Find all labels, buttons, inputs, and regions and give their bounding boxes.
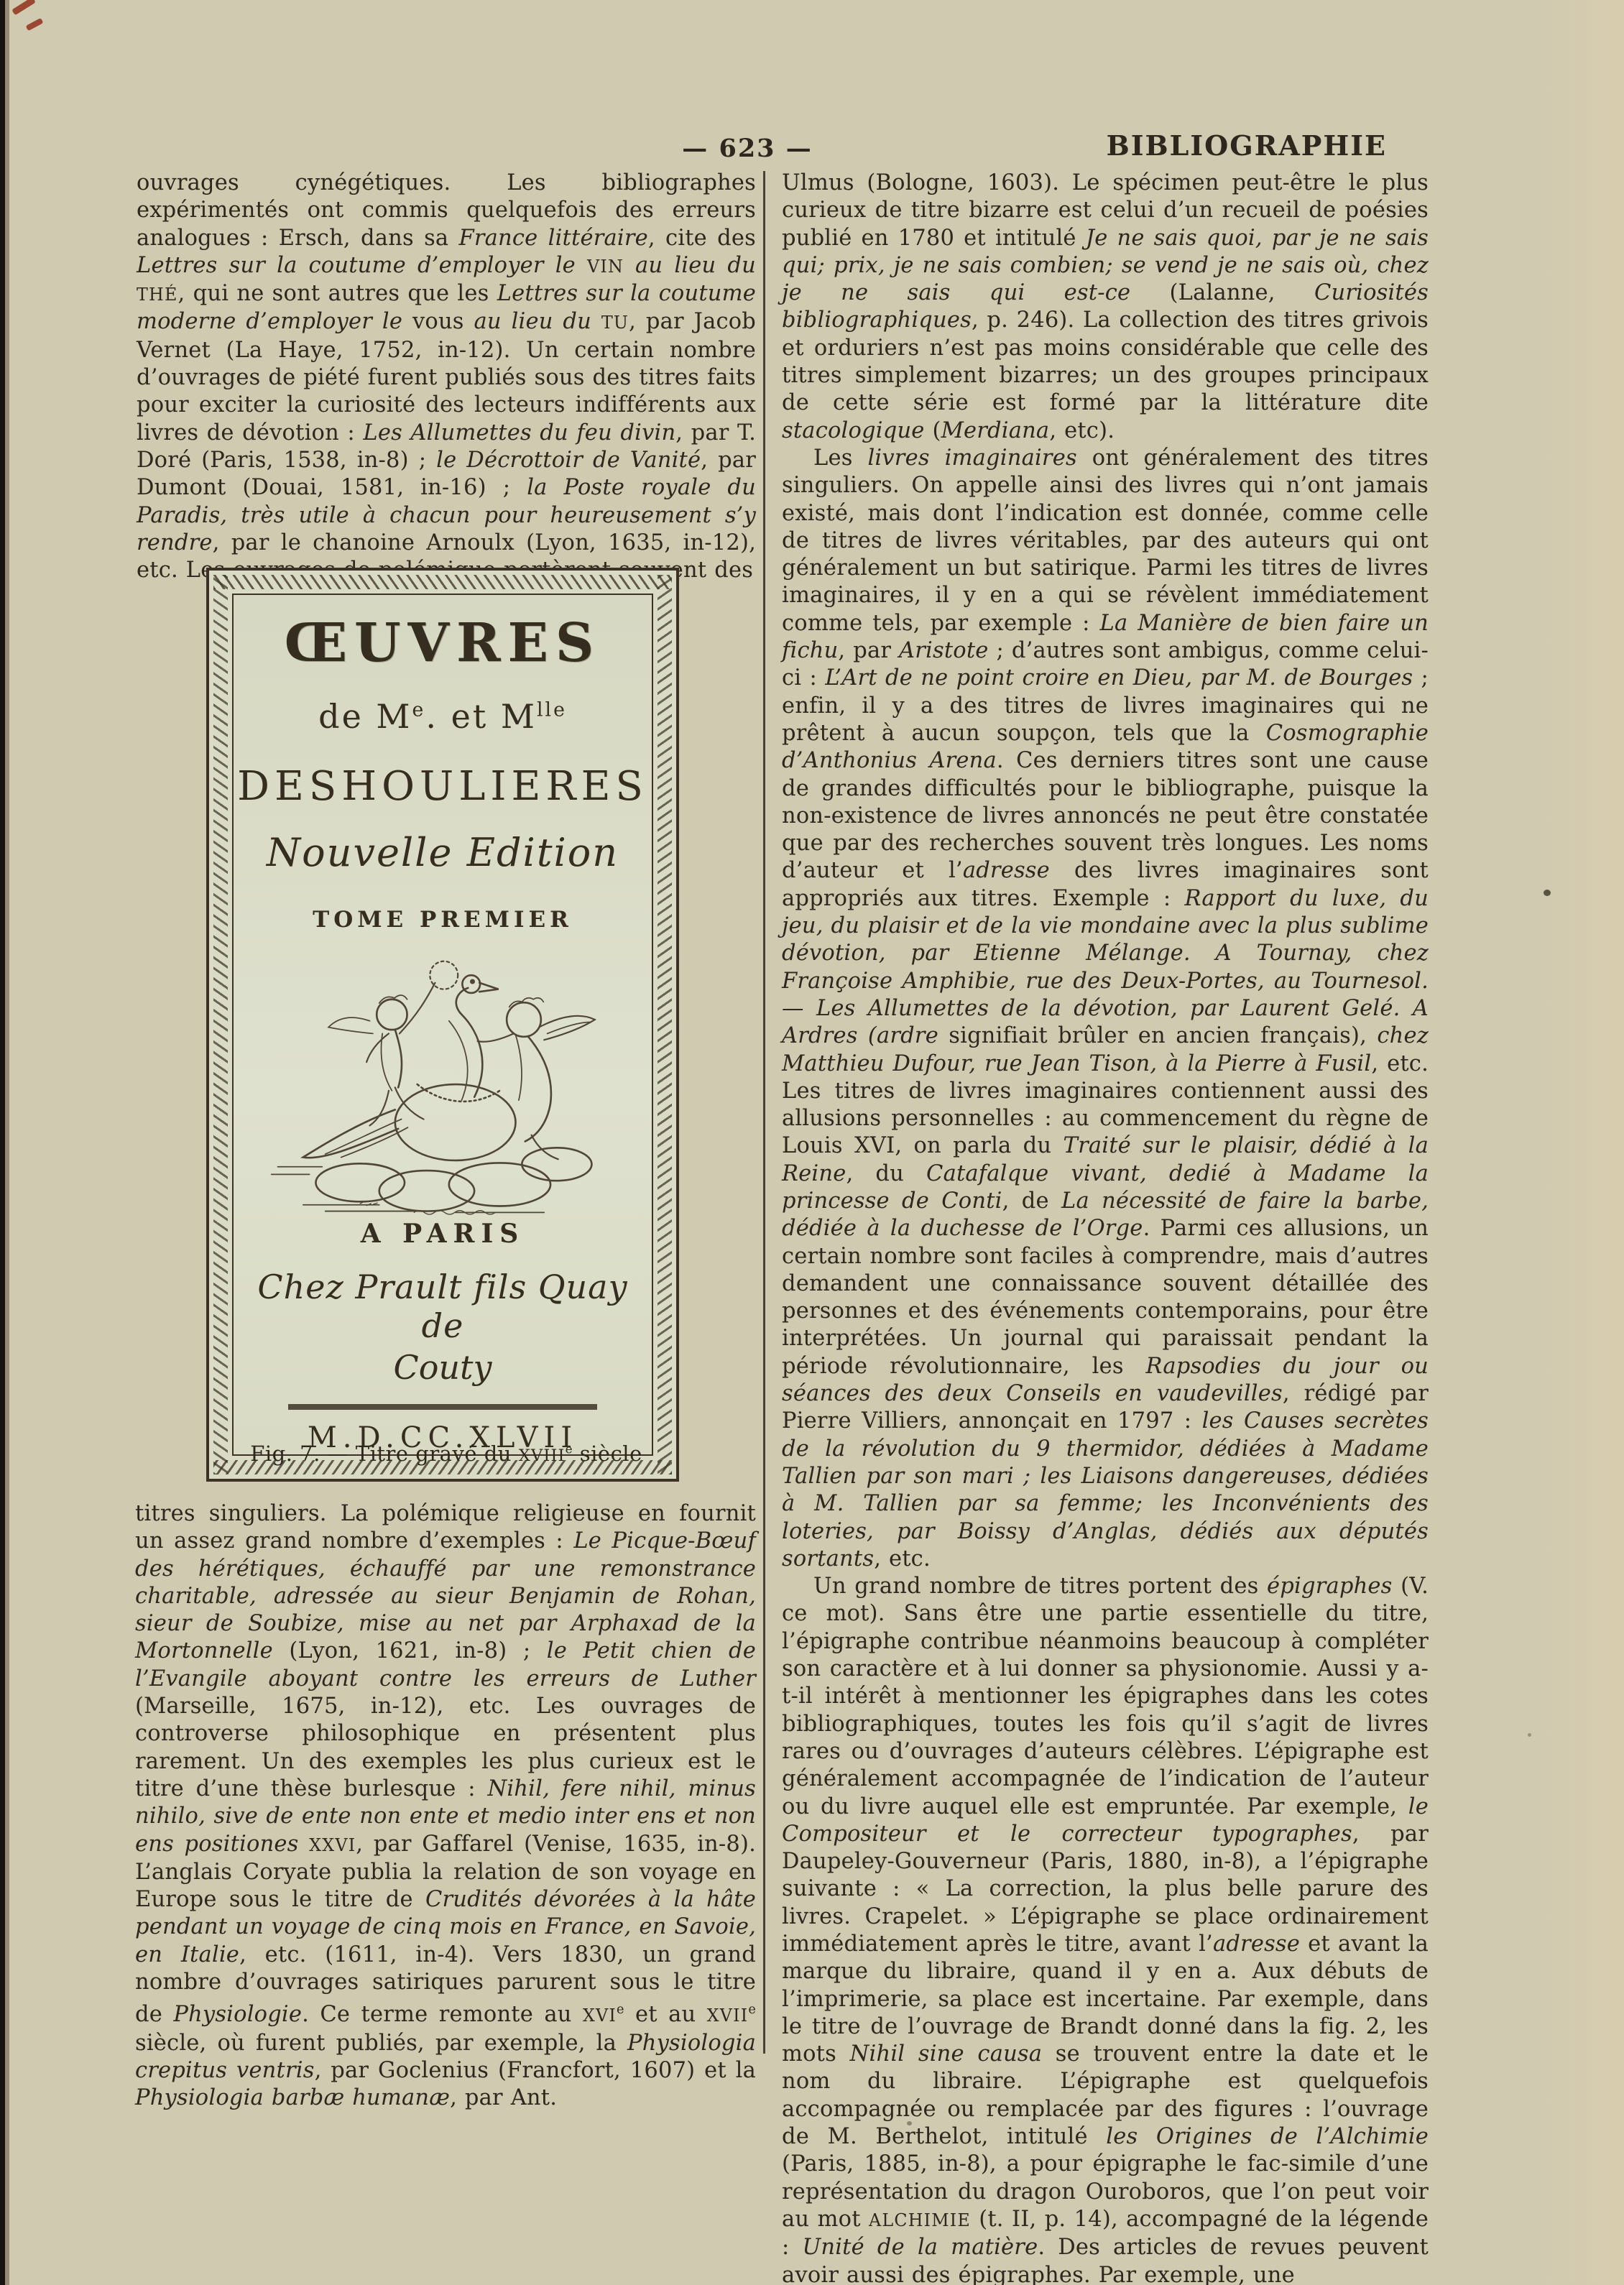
paragraph: titres singuliers. La polémique religieu… xyxy=(135,1500,756,2113)
running-title: BIBLIOGRAPHIE xyxy=(1092,129,1387,162)
ink-speck xyxy=(1528,1733,1531,1737)
figure-rule xyxy=(288,1404,597,1410)
cherubs-swan-engraving xyxy=(256,938,629,1217)
figure-engraved-frame: ŒUVRES de Me. et Mlle DESHOULIERES Nouve… xyxy=(206,568,679,1482)
red-pen-mark xyxy=(11,0,36,15)
figure-publisher-line: Chez Prault fils Quay de xyxy=(234,1268,652,1345)
column-divider-rule xyxy=(763,171,765,2054)
paragraph: Les livres imaginaires ont généralement … xyxy=(782,445,1429,1573)
left-column-top: ouvrages cynégétiques. Les bibliographes… xyxy=(137,170,756,584)
frame-hatch-band xyxy=(213,575,228,1474)
ink-speck xyxy=(1544,890,1551,896)
page-number: — 623 — xyxy=(661,134,834,163)
frame-hatch-band xyxy=(213,575,672,589)
figure-edition-line: Nouvelle Edition xyxy=(267,830,619,875)
left-column-bottom: titres singuliers. La polémique religieu… xyxy=(135,1500,756,2113)
paragraph: Ulmus (Bologne, 1603). Le spécimen peut-… xyxy=(782,170,1429,445)
ink-speck xyxy=(907,2121,912,2125)
engraved-title-page: ŒUVRES de Me. et Mlle DESHOULIERES Nouve… xyxy=(232,594,653,1456)
paragraph: Un grand nombre de titres portent des ép… xyxy=(782,1573,1429,2285)
right-column: Ulmus (Bologne, 1603). Le spécimen peut-… xyxy=(782,170,1429,2285)
figure-author-name: DESHOULIERES xyxy=(237,763,648,810)
frame-hatch-band xyxy=(658,575,672,1474)
page-edge-highlight xyxy=(1523,0,1624,2285)
figure-city-line: A PARIS xyxy=(361,1219,525,1249)
scan-gutter-shadow xyxy=(5,0,9,2285)
red-pen-mark xyxy=(26,18,44,31)
scan-gutter-edge xyxy=(0,0,5,2285)
figure-tome-line: TOME PREMIER xyxy=(313,907,573,933)
book-page-scan: — 623 — BIBLIOGRAPHIE ouvrages cynégétiq… xyxy=(0,0,1624,2285)
figure-work-title: ŒUVRES xyxy=(285,612,601,674)
paragraph: ouvrages cynégétiques. Les bibliographes… xyxy=(137,170,756,584)
figure-subtitle: de Me. et Mlle xyxy=(318,697,567,736)
figure-publisher-line2: Couty xyxy=(394,1348,492,1387)
figure-caption: Fig. 7. — Titre gravé du xviiie siècle xyxy=(137,1441,756,1466)
